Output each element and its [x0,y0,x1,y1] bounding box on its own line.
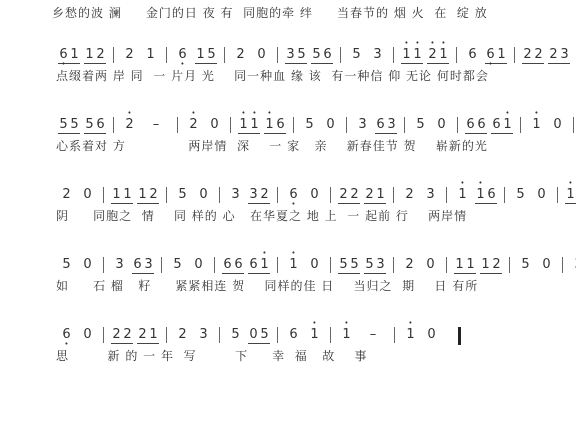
note: 6 [465,117,476,132]
note: 0 [82,187,93,202]
lyric-line: 阴 同胞之 情 同 样的 心 在华夏之 地 上 一 起前 行 两岸情 [56,207,467,224]
note: 1 [145,47,156,62]
bar-line [404,117,405,133]
note: 6 [485,47,496,62]
bar-line [161,257,162,273]
measure: 2223 [520,47,572,64]
measure: 21 [119,47,161,62]
measure: 20 [183,117,225,132]
note: 1 [309,327,320,342]
note: 1 [288,257,299,272]
note: 6 [222,257,233,272]
bar-line [393,187,394,203]
note: 6 [476,117,487,132]
note: 2 [122,327,133,342]
notation-line: 2011125033260222123116501116 [56,187,576,205]
note: 6 [322,47,333,62]
note: 5 [58,117,69,132]
measure: 661 [462,47,509,64]
bar-line [330,257,331,273]
note: 1 [249,117,260,132]
bar-line [277,327,278,343]
note: 0 [248,327,259,342]
note: 1 [502,117,513,132]
final-bar-line [458,327,461,345]
note: 3 [230,187,241,202]
note: 1 [454,257,465,272]
bar-line [446,187,447,203]
note: 2 [349,187,360,202]
note: 2 [259,187,270,202]
measure: 60 [56,327,98,342]
note: 5 [177,187,188,202]
note: 5 [520,257,531,272]
eighth-note-group: 61 [491,117,513,134]
note: 0 [193,257,204,272]
note: 1 [69,47,80,62]
note: 2 [148,187,159,202]
measure: 505 [225,327,272,344]
note: 0 [209,117,220,132]
bar-line [573,117,574,133]
note: 5 [311,47,322,62]
note: 3 [559,47,570,62]
bar-line [393,257,394,273]
bar-line [113,117,114,133]
measure: 1121 [399,47,451,64]
measure: 363 [352,117,399,134]
note: 5 [206,47,217,62]
measure: 50 [56,257,98,272]
note: 0 [426,327,437,342]
note: 1 [84,47,95,62]
note: – [362,327,384,342]
note: 2 [95,47,106,62]
bar-line [393,47,394,63]
eighth-note-group: 22 [111,327,133,344]
bar-line [456,47,457,63]
note: 5 [351,47,362,62]
note: 1 [264,117,275,132]
note: 1 [565,187,576,202]
note: 2 [61,187,72,202]
note: 5 [338,257,349,272]
eighth-note-group: 16 [475,187,497,204]
note: 1 [531,117,542,132]
bar-line [219,327,220,343]
lyric-line-top: 乡愁的波 澜 金门的日 夜 有 同胞的牵 绊 当春节的 烟 火 在 绽 放 [52,4,488,21]
measure: 1116 [563,187,576,204]
bar-line [166,187,167,203]
eighth-note-group: 32 [248,187,270,204]
note: 1 [457,187,468,202]
measure: 20 [56,187,98,202]
measure: 6112 [56,47,108,64]
measure: 10 [283,257,325,272]
note: 3 [375,257,386,272]
note: 2 [404,187,415,202]
note: 2 [177,327,188,342]
note: 2 [404,257,415,272]
measure: 23 [172,327,214,342]
bar-line [277,47,278,63]
eighth-note-group: 56 [84,117,106,134]
measure: 2221 [336,187,388,204]
note: 3 [248,187,259,202]
bar-line [557,187,558,203]
measure: 50 [299,117,341,132]
measure: 332 [225,187,272,204]
note: 5 [296,47,307,62]
notation-line: 6112216152035565311216612223 [56,47,576,65]
measure: 60 [283,187,325,202]
measure: 50 [167,257,209,272]
note: 5 [69,117,80,132]
note: 1 [375,187,386,202]
eighth-note-group: 15 [195,47,217,64]
measure: 3556 [283,47,335,64]
note: 0 [256,47,267,62]
notation-line: 5036350666110555320111250332 [56,257,576,275]
note: 6 [132,257,143,272]
note: 2 [427,47,438,62]
note: 2 [124,47,135,62]
eighth-note-group: 11 [401,47,423,64]
note: 5 [364,257,375,272]
eighth-note-group: 05 [248,327,270,344]
measure: 23 [399,187,441,202]
measure: 1112 [109,187,161,204]
measure: 6661 [220,257,272,274]
note: 0 [536,187,547,202]
measure: 1112 [452,257,504,274]
measure: 50 [410,117,452,132]
bar-line [446,257,447,273]
note: 0 [552,117,563,132]
note: 6 [233,257,244,272]
note: 0 [425,257,436,272]
note: 6 [288,327,299,342]
bar-line [330,327,331,343]
note: 5 [230,327,241,342]
eighth-note-group: 35 [285,47,307,64]
measure: 10 [526,117,568,132]
bar-line [214,257,215,273]
eighth-note-group: 16 [264,117,286,134]
note: 2 [533,47,544,62]
eighth-note-group: 55 [338,257,360,274]
note: 3 [386,117,397,132]
measure: 615 [172,47,219,64]
note: 1 [496,47,507,62]
bar-line [457,117,458,133]
bar-line [103,187,104,203]
note: 3 [357,117,368,132]
bar-line [177,117,178,133]
eighth-note-group: 21 [364,187,386,204]
bar-line [293,117,294,133]
eighth-note-group: 11 [565,187,576,204]
bar-line [504,187,505,203]
note: 5 [259,327,270,342]
measure: 50 [515,257,557,272]
note: 0 [436,117,447,132]
note: 0 [309,187,320,202]
note: 1 [195,47,206,62]
eighth-note-group: 21 [427,47,449,64]
eighth-note-group: 55 [58,117,80,134]
bar-line [346,117,347,133]
measure: 20 [230,47,272,62]
measure: 2– [119,117,172,132]
bar-line [103,327,104,343]
note: 1 [259,257,270,272]
note: 2 [364,187,375,202]
note: 1 [480,257,491,272]
note: 0 [82,257,93,272]
measure: 20 [399,257,441,272]
bar-line [219,187,220,203]
measure: 50 [172,187,214,202]
bar-line [230,117,231,133]
note: 6 [95,117,106,132]
note: 1 [341,327,352,342]
note: 5 [349,257,360,272]
note: 6 [491,117,502,132]
note: 3 [198,327,209,342]
note: 5 [172,257,183,272]
note: 2 [338,187,349,202]
note: 0 [325,117,336,132]
note: 5 [304,117,315,132]
measure: 1– [336,327,389,342]
lyric-line: 如 石 榴 籽 紧紧相连 贺 同样的佳 日 当归之 期 日 有所 [56,277,478,294]
notation-line: 60222123505611–10 [56,327,461,345]
note: 1 [111,187,122,202]
bar-line [166,47,167,63]
bar-line [277,257,278,273]
note: 6 [275,117,286,132]
note: 1 [438,47,449,62]
note: 2 [188,117,199,132]
note: 1 [412,47,423,62]
eighth-note-group: 12 [137,187,159,204]
bar-line [394,327,395,343]
note: 1 [148,327,159,342]
note: 3 [114,257,125,272]
note: 2 [124,117,135,132]
note: 5 [84,117,95,132]
note: 5 [515,187,526,202]
note: 1 [238,117,249,132]
eighth-note-group: 66 [465,117,487,134]
eighth-note-group: 22 [522,47,544,64]
eighth-note-group: 12 [84,47,106,64]
note: 6 [486,187,497,202]
note: 1 [405,327,416,342]
measure: 50 [510,187,552,202]
note: 6 [467,47,478,62]
bar-line [514,47,515,63]
bar-line [509,257,510,273]
bar-line [113,47,114,63]
eighth-note-group: 53 [364,257,386,274]
note: 6 [58,47,69,62]
lyric-line: 思 新 的 一 年 写 下 幸 福 故 事 [56,347,368,364]
note: 3 [372,47,383,62]
note: 2 [111,327,122,342]
bar-line [277,187,278,203]
bar-line [224,47,225,63]
eighth-note-group: 63 [132,257,154,274]
note: 5 [415,117,426,132]
note: 2 [522,47,533,62]
note: 0 [309,257,320,272]
measure: 116 [452,187,499,204]
measure: 2221 [109,327,161,344]
bar-line [330,187,331,203]
measure: 5556 [56,117,108,134]
eighth-note-group: 12 [480,257,502,274]
measure: 10 [400,327,442,342]
bar-line [103,257,104,273]
note: 6 [288,187,299,202]
bar-line [520,117,521,133]
note: 0 [82,327,93,342]
note: 2 [235,47,246,62]
note: 3 [285,47,296,62]
lyric-line: 点缀着两 岸 同 一 片月 光 同一种血 缘 该 有一种信 仰 无论 何时都会 [56,67,489,84]
note: 1 [401,47,412,62]
eighth-note-group: 11 [454,257,476,274]
note: 6 [248,257,259,272]
note: 6 [61,327,72,342]
eighth-note-group: 56 [311,47,333,64]
bar-line [166,327,167,343]
note: 3 [143,257,154,272]
note: 6 [375,117,386,132]
eighth-note-group: 61 [248,257,270,274]
note: 0 [541,257,552,272]
note: 1 [122,187,133,202]
eighth-note-group: 61 [485,47,507,64]
measure: 61 [283,327,325,342]
note: 1 [465,257,476,272]
bar-line [562,257,563,273]
note: 5 [61,257,72,272]
eighth-note-group: 66 [222,257,244,274]
note: 1 [475,187,486,202]
measure: 363 [109,257,156,274]
eighth-note-group: 11 [111,187,133,204]
measure: 5553 [336,257,388,274]
note: 1 [137,187,148,202]
note: 6 [177,47,188,62]
note: 0 [198,187,209,202]
lyric-line: 心系着对 方 两岸情 深 一 家 亲 新春佳节 贺 崭新的光 [56,137,488,154]
note: 2 [491,257,502,272]
eighth-note-group: 22 [338,187,360,204]
eighth-note-group: 23 [548,47,570,64]
measure: 6661 [463,117,515,134]
eighth-note-group: 11 [238,117,260,134]
eighth-note-group: 63 [375,117,397,134]
measure: 1116 [236,117,288,134]
eighth-note-group: 21 [137,327,159,344]
measure: 53 [346,47,388,62]
note: 2 [548,47,559,62]
eighth-note-group: 61 [58,47,80,64]
note: 2 [137,327,148,342]
note: 3 [425,187,436,202]
note: – [145,117,167,132]
notation-line: 55562–20111650363506661105553 [56,117,576,135]
measure: 332 [568,257,576,274]
bar-line [340,47,341,63]
